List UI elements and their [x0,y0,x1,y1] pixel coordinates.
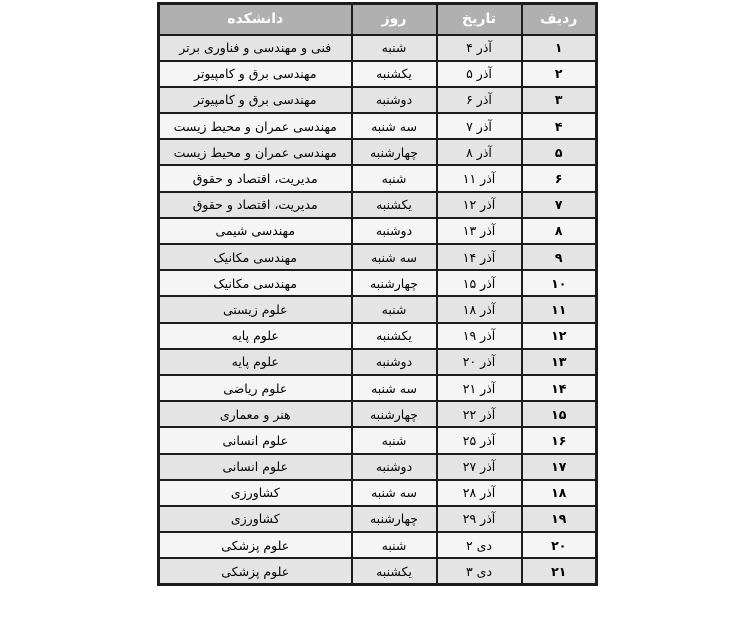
date-cell: آذر ۶ [437,87,522,113]
table-row: ۱آذر ۴شنبهفنی و مهندسی و فناوری برتر [159,35,597,61]
day-cell: شنبه [352,35,437,61]
row-number-cell: ۳ [522,87,597,113]
date-cell: آذر ۵ [437,61,522,87]
table-row: ۲آذر ۵یکشنبهمهندسی برق و کامپیوتر [159,61,597,87]
day-cell: چهارشنبه [352,401,437,427]
table-row: ۱۷آذر ۲۷دوشنبهعلوم انسانی [159,454,597,480]
table-row: ۸آذر ۱۳دوشنبهمهندسی شیمی [159,218,597,244]
date-cell: آذر ۲۹ [437,506,522,532]
schedule-table: ردیف تاریخ روز دانشکده ۱آذر ۴شنبهفنی و م… [157,2,598,586]
table-row: ۱۸آذر ۲۸سه شنبهکشاورزی [159,480,597,506]
table-row: ۱۹آذر ۲۹چهارشنبهکشاورزی [159,506,597,532]
table-row: ۲۰دی ۲شنبهعلوم پزشکی [159,532,597,558]
row-number-cell: ۵ [522,139,597,165]
faculty-cell: مهندسی عمران و محیط زیست [159,113,352,139]
day-cell: سه شنبه [352,480,437,506]
faculty-cell: علوم پزشکی [159,532,352,558]
faculty-cell: مدیریت، اقتصاد و حقوق [159,192,352,218]
date-cell: آذر ۲۰ [437,349,522,375]
date-cell: آذر ۱۲ [437,192,522,218]
table-row: ۴آذر ۷سه شنبهمهندسی عمران و محیط زیست [159,113,597,139]
faculty-cell: مدیریت، اقتصاد و حقوق [159,165,352,191]
faculty-cell: مهندسی مکانیک [159,244,352,270]
day-cell: دوشنبه [352,218,437,244]
date-cell: آذر ۲۸ [437,480,522,506]
row-number-cell: ۲۱ [522,558,597,584]
day-cell: یکشنبه [352,558,437,584]
day-cell: دوشنبه [352,349,437,375]
day-cell: یکشنبه [352,323,437,349]
date-cell: آذر ۱۹ [437,323,522,349]
date-cell: آذر ۷ [437,113,522,139]
faculty-cell: مهندسی عمران و محیط زیست [159,139,352,165]
day-cell: سه شنبه [352,244,437,270]
date-cell: آذر ۱۳ [437,218,522,244]
table-row: ۱۰آذر ۱۵چهارشنبهمهندسی مکانیک [159,270,597,296]
day-cell: یکشنبه [352,192,437,218]
table-row: ۱۲آذر ۱۹یکشنبهعلوم پایه [159,323,597,349]
row-number-cell: ۱۳ [522,349,597,375]
header-cell-faculty: دانشکده [159,4,352,35]
table-row: ۱۶آذر ۲۵شنبهعلوم انسانی [159,427,597,453]
table-row: ۱۵آذر ۲۲چهارشنبههنر و معماری [159,401,597,427]
row-number-cell: ۹ [522,244,597,270]
date-cell: آذر ۴ [437,35,522,61]
row-number-cell: ۱۸ [522,480,597,506]
day-cell: چهارشنبه [352,270,437,296]
faculty-cell: مهندسی مکانیک [159,270,352,296]
row-number-cell: ۱۷ [522,454,597,480]
day-cell: شنبه [352,165,437,191]
row-number-cell: ۸ [522,218,597,244]
date-cell: آذر ۱۸ [437,296,522,322]
row-number-cell: ۱۴ [522,375,597,401]
table-row: ۷آذر ۱۲یکشنبهمدیریت، اقتصاد و حقوق [159,192,597,218]
date-cell: آذر ۲۲ [437,401,522,427]
row-number-cell: ۲۰ [522,532,597,558]
table-row: ۳آذر ۶دوشنبهمهندسی برق و کامپیوتر [159,87,597,113]
day-cell: شنبه [352,427,437,453]
row-number-cell: ۷ [522,192,597,218]
row-number-cell: ۶ [522,165,597,191]
date-cell: آذر ۸ [437,139,522,165]
row-number-cell: ۱۹ [522,506,597,532]
table-row: ۲۱دی ۳یکشنبهعلوم پزشکی [159,558,597,584]
table-row: ۶آذر ۱۱شنبهمدیریت، اقتصاد و حقوق [159,165,597,191]
day-cell: دوشنبه [352,87,437,113]
faculty-cell: علوم پزشکی [159,558,352,584]
table-row: ۵آذر ۸چهارشنبهمهندسی عمران و محیط زیست [159,139,597,165]
date-cell: آذر ۱۵ [437,270,522,296]
day-cell: شنبه [352,296,437,322]
date-cell: آذر ۱۱ [437,165,522,191]
faculty-cell: هنر و معماری [159,401,352,427]
row-number-cell: ۱۲ [522,323,597,349]
faculty-cell: علوم انسانی [159,454,352,480]
row-number-cell: ۱۰ [522,270,597,296]
row-number-cell: ۲ [522,61,597,87]
faculty-cell: علوم انسانی [159,427,352,453]
day-cell: چهارشنبه [352,506,437,532]
faculty-cell: کشاورزی [159,506,352,532]
table-row: ۱۳آذر ۲۰دوشنبهعلوم پایه [159,349,597,375]
faculty-cell: مهندسی شیمی [159,218,352,244]
faculty-cell: کشاورزی [159,480,352,506]
date-cell: دی ۳ [437,558,522,584]
faculty-cell: مهندسی برق و کامپیوتر [159,87,352,113]
date-cell: آذر ۲۱ [437,375,522,401]
row-number-cell: ۱۱ [522,296,597,322]
date-cell: آذر ۲۵ [437,427,522,453]
faculty-cell: علوم پایه [159,349,352,375]
day-cell: یکشنبه [352,61,437,87]
row-number-cell: ۱۶ [522,427,597,453]
header-cell-date: تاریخ [437,4,522,35]
date-cell: آذر ۲۷ [437,454,522,480]
day-cell: چهارشنبه [352,139,437,165]
date-cell: دی ۲ [437,532,522,558]
faculty-cell: علوم زیستی [159,296,352,322]
faculty-cell: علوم پایه [159,323,352,349]
header-cell-day: روز [352,4,437,35]
header-cell-row-number: ردیف [522,4,597,35]
table-row: ۹آذر ۱۴سه شنبهمهندسی مکانیک [159,244,597,270]
table-row: ۱۴آذر ۲۱سه شنبهعلوم ریاضی [159,375,597,401]
faculty-cell: علوم ریاضی [159,375,352,401]
row-number-cell: ۴ [522,113,597,139]
day-cell: سه شنبه [352,375,437,401]
faculty-cell: فنی و مهندسی و فناوری برتر [159,35,352,61]
page: ردیف تاریخ روز دانشکده ۱آذر ۴شنبهفنی و م… [0,0,750,625]
header-row: ردیف تاریخ روز دانشکده [159,4,597,35]
date-cell: آذر ۱۴ [437,244,522,270]
row-number-cell: ۱۵ [522,401,597,427]
day-cell: دوشنبه [352,454,437,480]
day-cell: سه شنبه [352,113,437,139]
day-cell: شنبه [352,532,437,558]
table-row: ۱۱آذر ۱۸شنبهعلوم زیستی [159,296,597,322]
faculty-cell: مهندسی برق و کامپیوتر [159,61,352,87]
row-number-cell: ۱ [522,35,597,61]
